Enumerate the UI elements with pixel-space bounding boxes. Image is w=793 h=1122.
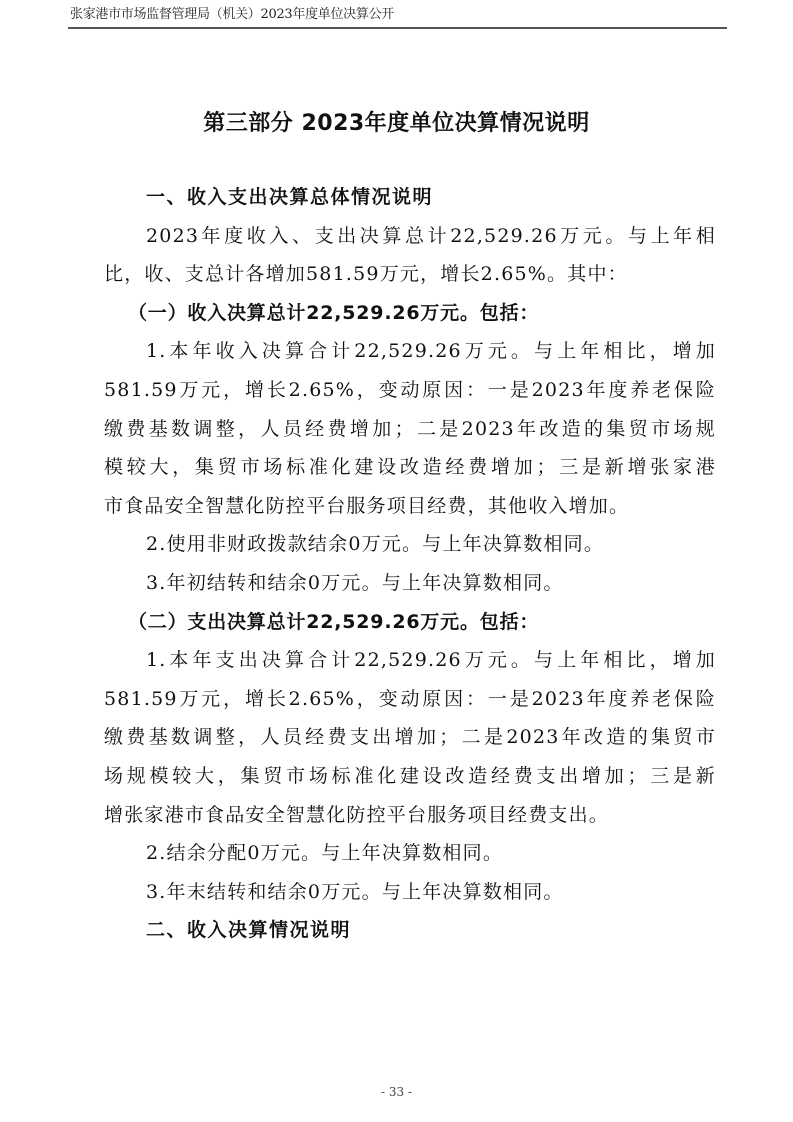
- header-divider: [68, 27, 727, 29]
- paragraph-line: 比，收、支总计各增加581.59万元，增长2.65%。其中：: [104, 255, 716, 294]
- subsection-heading-expense: （二）支出决算总计22,529.26万元。包括：: [104, 603, 716, 642]
- subsection-heading-income: （一）收入决算总计22,529.26万元。包括：: [104, 294, 716, 333]
- paragraph-line: 3.年初结转和结余0万元。与上年决算数相同。: [104, 564, 716, 603]
- section-heading-2: 二、收入决算情况说明: [104, 911, 716, 950]
- paragraph-line: 增张家港市食品安全智慧化防控平台服务项目经费支出。: [104, 796, 716, 835]
- paragraph-line: 581.59万元，增长2.65%，变动原因：一是2023年度养老保险: [104, 680, 716, 719]
- paragraph-line: 场规模较大，集贸市场标准化建设改造经费支出增加；三是新: [104, 757, 716, 796]
- running-header: 张家港市市场监督管理局（机关）2023年度单位决算公开: [70, 6, 727, 24]
- paragraph-line: 2.结余分配0万元。与上年决算数相同。: [104, 834, 716, 873]
- paragraph-line: 缴费基数调整，人员经费支出增加；二是2023年改造的集贸市: [104, 718, 716, 757]
- paragraph-line: 581.59万元，增长2.65%，变动原因：一是2023年度养老保险: [104, 371, 716, 410]
- section-heading-1: 一、收入支出决算总体情况说明: [104, 178, 716, 217]
- paragraph-line: 2.使用非财政拨款结余0万元。与上年决算数相同。: [104, 525, 716, 564]
- paragraph-line: 市食品安全智慧化防控平台服务项目经费，其他收入增加。: [104, 487, 716, 526]
- paragraph-line: 1.本年收入决算合计22,529.26万元。与上年相比，增加: [104, 332, 716, 371]
- page-number: - 33 -: [0, 1085, 793, 1099]
- document-body: 一、收入支出决算总体情况说明 2023年度收入、支出决算总计22,529.26万…: [104, 178, 716, 950]
- paragraph-line: 2023年度收入、支出决算总计22,529.26万元。与上年相: [104, 217, 716, 256]
- paragraph-line: 3.年末结转和结余0万元。与上年决算数相同。: [104, 873, 716, 912]
- paragraph-line: 缴费基数调整，人员经费增加；二是2023年改造的集贸市场规: [104, 410, 716, 449]
- page-title: 第三部分 2023年度单位决算情况说明: [0, 108, 793, 140]
- paragraph-line: 模较大，集贸市场标准化建设改造经费增加；三是新增张家港: [104, 448, 716, 487]
- paragraph-line: 1.本年支出决算合计22,529.26万元。与上年相比，增加: [104, 641, 716, 680]
